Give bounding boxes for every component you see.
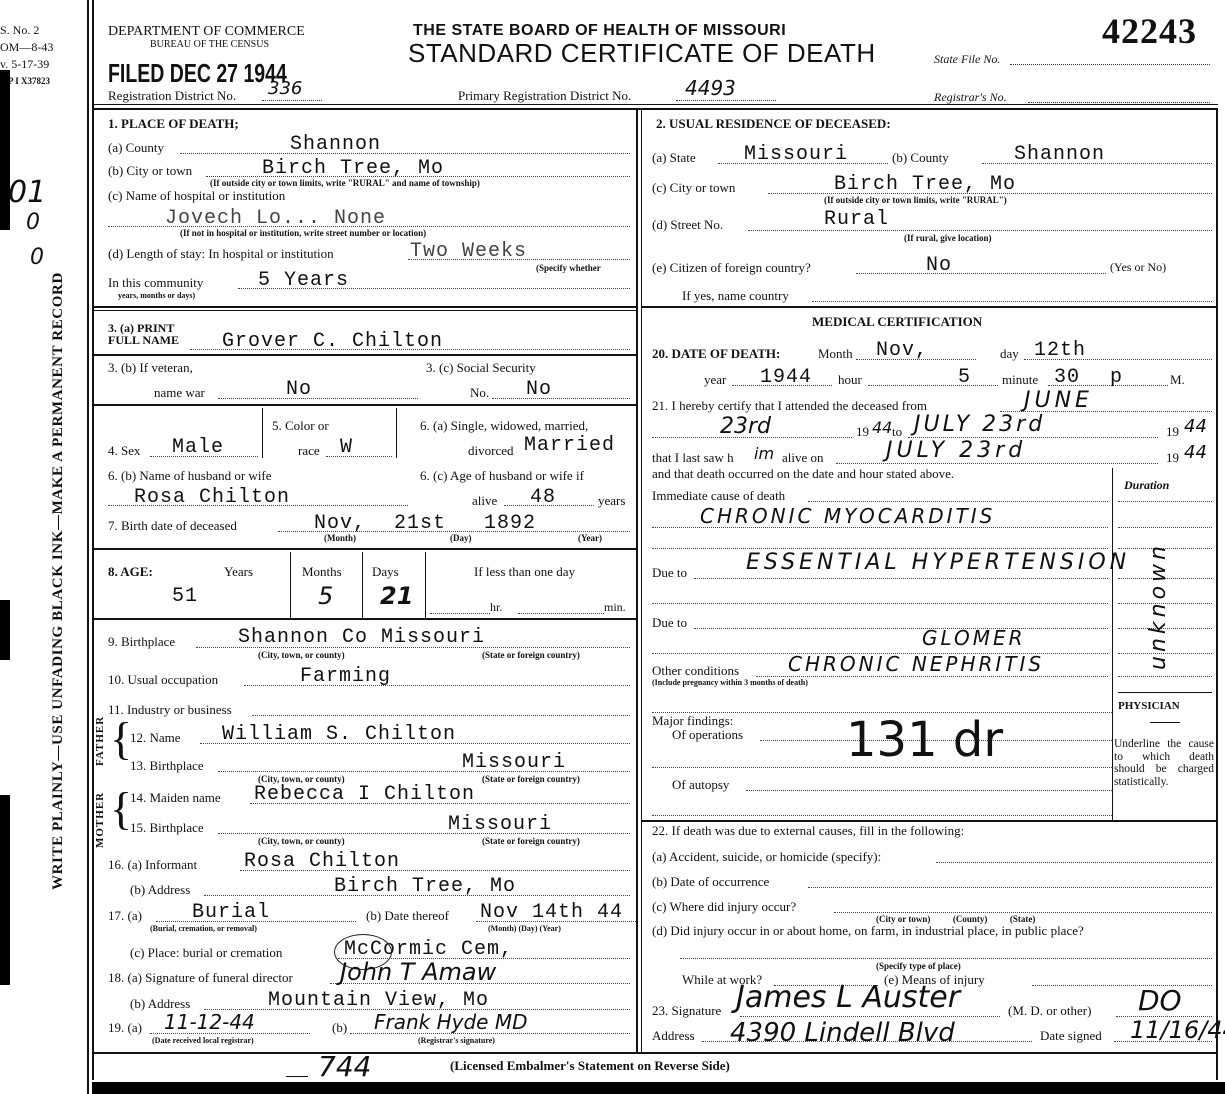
- war-value: No: [286, 378, 312, 401]
- label: (b) Address: [130, 882, 190, 898]
- last-saw-year: 44: [1184, 442, 1207, 463]
- label: 6. (a) Single, widowed, married,: [420, 418, 588, 434]
- field-line: [748, 230, 1212, 231]
- label: M.: [1170, 372, 1185, 388]
- divider: [1150, 722, 1180, 723]
- label: 3. (a) PRINT FULL NAME: [108, 322, 179, 346]
- label: 23. Signature: [652, 1003, 721, 1019]
- field-line: [326, 456, 392, 457]
- label: Years: [224, 564, 253, 580]
- certificate-title: STANDARD CERTIFICATE OF DEATH: [408, 38, 876, 69]
- hint: (Include pregnancy within 3 months of de…: [652, 678, 808, 687]
- bureau-title: BUREAU OF THE CENSUS: [150, 39, 269, 50]
- cell-divider: [396, 408, 397, 458]
- divider: [1118, 692, 1212, 693]
- section-heading: 2. USUAL RESIDENCE OF DECEASED:: [656, 116, 891, 132]
- attend-from-year: 44: [872, 418, 892, 437]
- medical-heading: MEDICAL CERTIFICATION: [812, 314, 982, 330]
- form-code-line: S. No. 2: [0, 22, 53, 39]
- physician-label: PHYSICIAN: [1118, 700, 1180, 712]
- director-address-value: Mountain View, Mo: [268, 989, 489, 1012]
- label: hour: [838, 372, 862, 388]
- divider: [641, 820, 1216, 822]
- label: race: [298, 443, 320, 459]
- label: 6. (c) Age of husband or wife if: [420, 468, 584, 484]
- label: 4. Sex: [108, 443, 141, 459]
- field-line: [1118, 676, 1212, 677]
- label: (a) County: [108, 140, 164, 156]
- hint: (Month): [324, 533, 356, 543]
- label: Month: [818, 346, 853, 362]
- stay-hospital-value: Two Weeks: [410, 240, 527, 263]
- res-county-value: Shannon: [1014, 143, 1105, 166]
- footer-number: 744: [318, 1050, 371, 1083]
- label: and that death occurred on the date and …: [652, 466, 954, 482]
- spouse-value: Rosa Chilton: [134, 486, 290, 509]
- death-month-value: Nov,: [876, 339, 928, 362]
- other-conditions-value: CHRONIC NEPHRITIS: [788, 652, 1044, 676]
- hint: (Yes or No): [1110, 260, 1166, 275]
- label: 6. (b) Name of husband or wife: [108, 468, 272, 484]
- field-line: [812, 301, 1212, 302]
- primary-district-label: Primary Registration District No.: [458, 88, 631, 104]
- label: hr.: [490, 600, 502, 615]
- margin-handwritten: 0: [30, 245, 44, 270]
- label: 16. (a) Informant: [108, 857, 197, 873]
- divider: [92, 354, 636, 356]
- due-to-2-value: GLOMER: [922, 626, 1026, 650]
- label: 19: [856, 424, 869, 440]
- frame-right: [1216, 110, 1218, 1080]
- age-days-value: 21: [380, 582, 413, 610]
- label: 15. Birthplace: [130, 820, 204, 836]
- state-file-number: 42243: [1102, 10, 1197, 52]
- filed-stamp: FILED DEC 27 1944: [108, 58, 287, 89]
- physician-address-value: 4390 Lindell Blvd: [730, 1018, 955, 1048]
- label: (d) Did injury occur in or about home, o…: [652, 923, 1084, 939]
- reg-district-line: [262, 100, 322, 101]
- field-line: [652, 815, 1112, 816]
- field-line: [430, 613, 490, 614]
- physician-signature: James L Auster: [736, 980, 960, 1015]
- field-line: [252, 715, 630, 716]
- frame-top-2: [92, 104, 1218, 105]
- label: 19: [1166, 424, 1179, 440]
- field-line: [180, 153, 630, 154]
- field-line: [218, 771, 630, 772]
- birth-day-value: 21st: [394, 512, 446, 535]
- birth-year-value: 1892: [484, 512, 536, 535]
- label: 22. If death was due to external causes,…: [652, 823, 964, 839]
- field-line: [808, 887, 1212, 888]
- margin-handwritten: 0: [26, 210, 40, 235]
- hint: (Burial, cremation, or removal): [150, 924, 257, 933]
- field-line: [518, 613, 604, 614]
- hint: (City, town, or county): [258, 650, 345, 660]
- hint: (State or foreign country): [482, 650, 580, 660]
- mother-name-value: Rebecca I Chilton: [254, 783, 475, 806]
- label: Days: [372, 564, 399, 580]
- label: (M. D. or other): [1008, 1003, 1091, 1019]
- death-county-value: Shannon: [290, 133, 381, 156]
- father-tag: FATHER: [94, 716, 106, 766]
- label: If less than one day: [474, 564, 575, 580]
- primary-district-line: [676, 100, 776, 101]
- pronoun-value: im: [754, 444, 774, 463]
- label: No.: [470, 385, 489, 401]
- registrar-no-line: [1028, 102, 1210, 103]
- race-value: W: [340, 436, 353, 459]
- divider: [92, 618, 636, 620]
- label: (d) Length of stay: In hospital or insti…: [108, 246, 334, 262]
- label: In this community: [108, 275, 203, 291]
- label: 14. Maiden name: [130, 790, 221, 806]
- field-line: [836, 463, 1158, 464]
- label: name war: [154, 385, 205, 401]
- duration-label: Duration: [1124, 478, 1169, 493]
- margin-handwritten: 01: [8, 175, 46, 210]
- field-line: [652, 603, 1108, 604]
- label: Immediate cause of death: [652, 488, 785, 504]
- hint: (If outside city or town limits, write "…: [210, 178, 480, 188]
- registrar-no-label: Registrar's No.: [934, 90, 1007, 105]
- mother-tag: MOTHER: [94, 792, 106, 848]
- hint: (Date received local registrar): [152, 1036, 254, 1045]
- label: 3. (c) Social Security: [426, 360, 536, 376]
- label: Months: [302, 564, 342, 580]
- attend-to-year: 44: [1184, 416, 1207, 437]
- death-city-value: Birch Tree, Mo: [262, 157, 444, 180]
- frame-left-inner: [92, 0, 94, 1080]
- divider: [92, 404, 636, 406]
- hint: (If not in hospital or institution, writ…: [180, 228, 426, 238]
- community-value: 5 Years: [258, 269, 349, 292]
- hint: (City, town, or county): [258, 836, 345, 846]
- field-line: [694, 628, 1108, 629]
- field-line: [1118, 527, 1212, 528]
- label: Major findings:: [652, 714, 733, 727]
- label: years: [598, 493, 625, 509]
- label: 13. Birthplace: [130, 758, 204, 774]
- label: that I last saw h: [652, 450, 734, 466]
- divider: [92, 310, 636, 311]
- scan-mark: [0, 600, 10, 660]
- frame-bottom: [92, 1052, 1218, 1054]
- sex-value: Male: [172, 436, 224, 459]
- reg-district-value: 336: [268, 78, 302, 99]
- occupation-value: Farming: [300, 665, 391, 688]
- label: Due to: [652, 565, 687, 581]
- frame-left: [87, 0, 89, 1094]
- state-file-line: [1010, 64, 1210, 65]
- hint: (Day): [450, 533, 472, 543]
- label: 8. AGE:: [108, 564, 153, 580]
- cell-divider: [425, 552, 426, 618]
- duration-column-divider: [1112, 468, 1113, 820]
- label: 3. (b) If veteran,: [108, 360, 193, 376]
- death-minute-value: 30: [1054, 366, 1080, 389]
- underline-note: Underline the cause to which death shoul…: [1114, 738, 1214, 788]
- divider: [92, 306, 636, 308]
- mother-brace: {: [110, 786, 132, 832]
- field-line: [1032, 985, 1212, 986]
- father-brace: {: [110, 716, 132, 762]
- scan-bottom: [92, 1082, 1225, 1094]
- disposition-value: Burial: [192, 901, 270, 924]
- label: Due to: [652, 615, 687, 631]
- label: (c) Name of hospital or institution: [108, 188, 285, 204]
- disposition-date-value: Nov 14th 44: [480, 901, 623, 924]
- field-line: [652, 548, 1108, 549]
- label: day: [1000, 346, 1019, 362]
- label: alive on: [782, 450, 824, 466]
- label: year: [704, 372, 726, 388]
- field-line: [218, 398, 418, 399]
- label: (a) Accident, suicide, or homicide (spec…: [652, 849, 881, 865]
- field-line: [740, 1016, 1000, 1017]
- hint: (Month) (Day) (Year): [488, 924, 561, 933]
- label: Date signed: [1040, 1028, 1102, 1044]
- field-line: [856, 273, 1106, 274]
- hint: (Registrar's signature): [418, 1036, 495, 1045]
- label: 9. Birthplace: [108, 634, 175, 650]
- hint: (Year): [578, 533, 602, 543]
- label: minute: [1002, 372, 1038, 388]
- informant-address-value: Birch Tree, Mo: [334, 875, 516, 898]
- label: Of autopsy: [672, 777, 729, 793]
- field-line: [492, 398, 630, 399]
- hint: (Specify type of place): [876, 961, 961, 971]
- vertical-instruction: WRITE PLAINLY—USE UNFADING BLACK INK—MAK…: [50, 272, 67, 890]
- label: 20. DATE OF DEATH:: [652, 346, 780, 362]
- res-city-value: Birch Tree, Mo: [834, 173, 1016, 196]
- father-birth-value: Missouri: [462, 751, 566, 774]
- label: 10. Usual occupation: [108, 672, 218, 688]
- death-day-value: 12th: [1034, 339, 1086, 362]
- label: (d) Street No.: [652, 217, 723, 233]
- name-label-2: FULL NAME: [108, 334, 179, 346]
- ampm-value: p: [1110, 366, 1123, 389]
- field-line: [680, 958, 1212, 959]
- ss-value: No: [526, 378, 552, 401]
- label: (c) City or town: [652, 180, 735, 196]
- center-divider: [636, 110, 638, 1052]
- label: (b) City or town: [108, 163, 192, 179]
- cell-divider: [262, 408, 263, 458]
- attend-to: JULY 23rd: [914, 412, 1045, 437]
- label: 18. (a) Signature of funeral director: [108, 970, 293, 986]
- center-divider-2: [641, 110, 642, 1052]
- due-to-1-value: ESSENTIAL HYPERTENSION: [746, 550, 1130, 575]
- label: 5. Color or: [272, 418, 329, 434]
- field-line: [936, 862, 1212, 863]
- primary-district-value: 4493: [685, 76, 736, 100]
- attend-from-day: 23rd: [720, 414, 771, 439]
- hint: (Specify whether: [536, 263, 601, 273]
- label: (b) Date of occurrence: [652, 874, 769, 890]
- label: 19: [1166, 450, 1179, 466]
- hint: (If outside city or town limits, write "…: [824, 195, 1007, 205]
- hint: (State or foreign country): [482, 774, 580, 784]
- label: (b) County: [892, 150, 949, 166]
- frame-top: [92, 108, 1218, 110]
- dept-title: DEPARTMENT OF COMMERCE: [108, 24, 305, 40]
- father-name-value: William S. Chilton: [222, 723, 456, 746]
- res-state-value: Missouri: [744, 143, 848, 166]
- cell-divider: [290, 552, 291, 618]
- footer-dash: [286, 1076, 308, 1077]
- registrar-signature: Frank Hyde MD: [374, 1010, 528, 1034]
- field-line: [694, 578, 1108, 579]
- label: 19. (a): [108, 1020, 142, 1036]
- registrar-date-value: 11-12-44: [164, 1010, 255, 1034]
- form-code-line: OM—8-43: [0, 39, 53, 56]
- label: min.: [604, 600, 626, 615]
- director-signature: John T Amaw: [340, 958, 496, 986]
- label: alive: [472, 493, 497, 509]
- date-signed-value: 11/16/44: [1130, 1016, 1225, 1044]
- age-months-value: 5: [318, 582, 333, 610]
- last-saw-value: JULY 23rd: [886, 438, 1026, 463]
- label: 17. (a): [108, 908, 142, 924]
- hint: (If rural, give location): [904, 233, 991, 243]
- section-heading: 1. PLACE OF DEATH;: [108, 116, 239, 132]
- birth-month-value: Nov,: [314, 512, 366, 535]
- hint: years, months or days): [118, 291, 195, 300]
- mother-birth-value: Missouri: [448, 813, 552, 836]
- informant-value: Rosa Chilton: [244, 850, 400, 873]
- label: (e) Citizen of foreign country?: [652, 260, 811, 276]
- death-hour-value: 5: [958, 366, 971, 389]
- label: If yes, name country: [682, 288, 789, 304]
- label: divorced: [468, 443, 513, 459]
- label: 7. Birth date of deceased: [108, 518, 237, 534]
- label: 12. Name: [130, 730, 181, 746]
- death-year-value: 1944: [760, 366, 812, 389]
- field-line: [756, 676, 1108, 677]
- hospital-value: Jovech Lo... None: [165, 207, 386, 230]
- divider: [641, 306, 1216, 308]
- duration-value: unknown: [1146, 542, 1171, 670]
- res-street-value: Rural: [824, 208, 889, 231]
- hint: (State or foreign country): [482, 836, 580, 846]
- marital-value: Married: [524, 434, 615, 457]
- state-file-label: State File No.: [934, 52, 1000, 67]
- label: 21. I hereby certify that I attended the…: [652, 398, 927, 414]
- citizen-value: No: [926, 254, 952, 277]
- annotation-131: 131 dr: [846, 712, 1003, 768]
- field-line: [1118, 501, 1212, 502]
- field-line: [808, 501, 1108, 502]
- label: Other conditions: [652, 663, 739, 679]
- full-name-value: Grover C. Chilton: [222, 330, 443, 353]
- label: (a) State: [652, 150, 696, 166]
- label: (b) Date thereof: [366, 908, 449, 924]
- label: (c) Where did injury occur?: [652, 899, 796, 915]
- scan-mark: [0, 795, 10, 985]
- cell-divider: [362, 552, 363, 618]
- immediate-cause-value: CHRONIC MYOCARDITIS: [700, 504, 995, 528]
- label: (c) Place: burial or cremation: [130, 945, 282, 961]
- label: (b): [332, 1020, 347, 1036]
- md-value: DO: [1138, 984, 1182, 1017]
- label: Of operations: [672, 727, 743, 743]
- reg-district-label: Registration District No.: [108, 88, 236, 104]
- birthplace-value: Shannon Co Missouri: [238, 626, 485, 649]
- field-line: [746, 790, 1112, 791]
- footer-note: (Licensed Embalmer's Statement on Revers…: [450, 1058, 730, 1074]
- label: Address: [652, 1028, 695, 1044]
- divider: [92, 548, 636, 550]
- spouse-age-value: 48: [530, 486, 556, 509]
- field-line: [834, 912, 1212, 913]
- field-line: [652, 527, 1108, 528]
- field-line: [868, 385, 998, 386]
- field-line: [218, 833, 630, 834]
- age-years-value: 51: [172, 585, 198, 608]
- attend-from-month: JUNE: [1024, 388, 1093, 413]
